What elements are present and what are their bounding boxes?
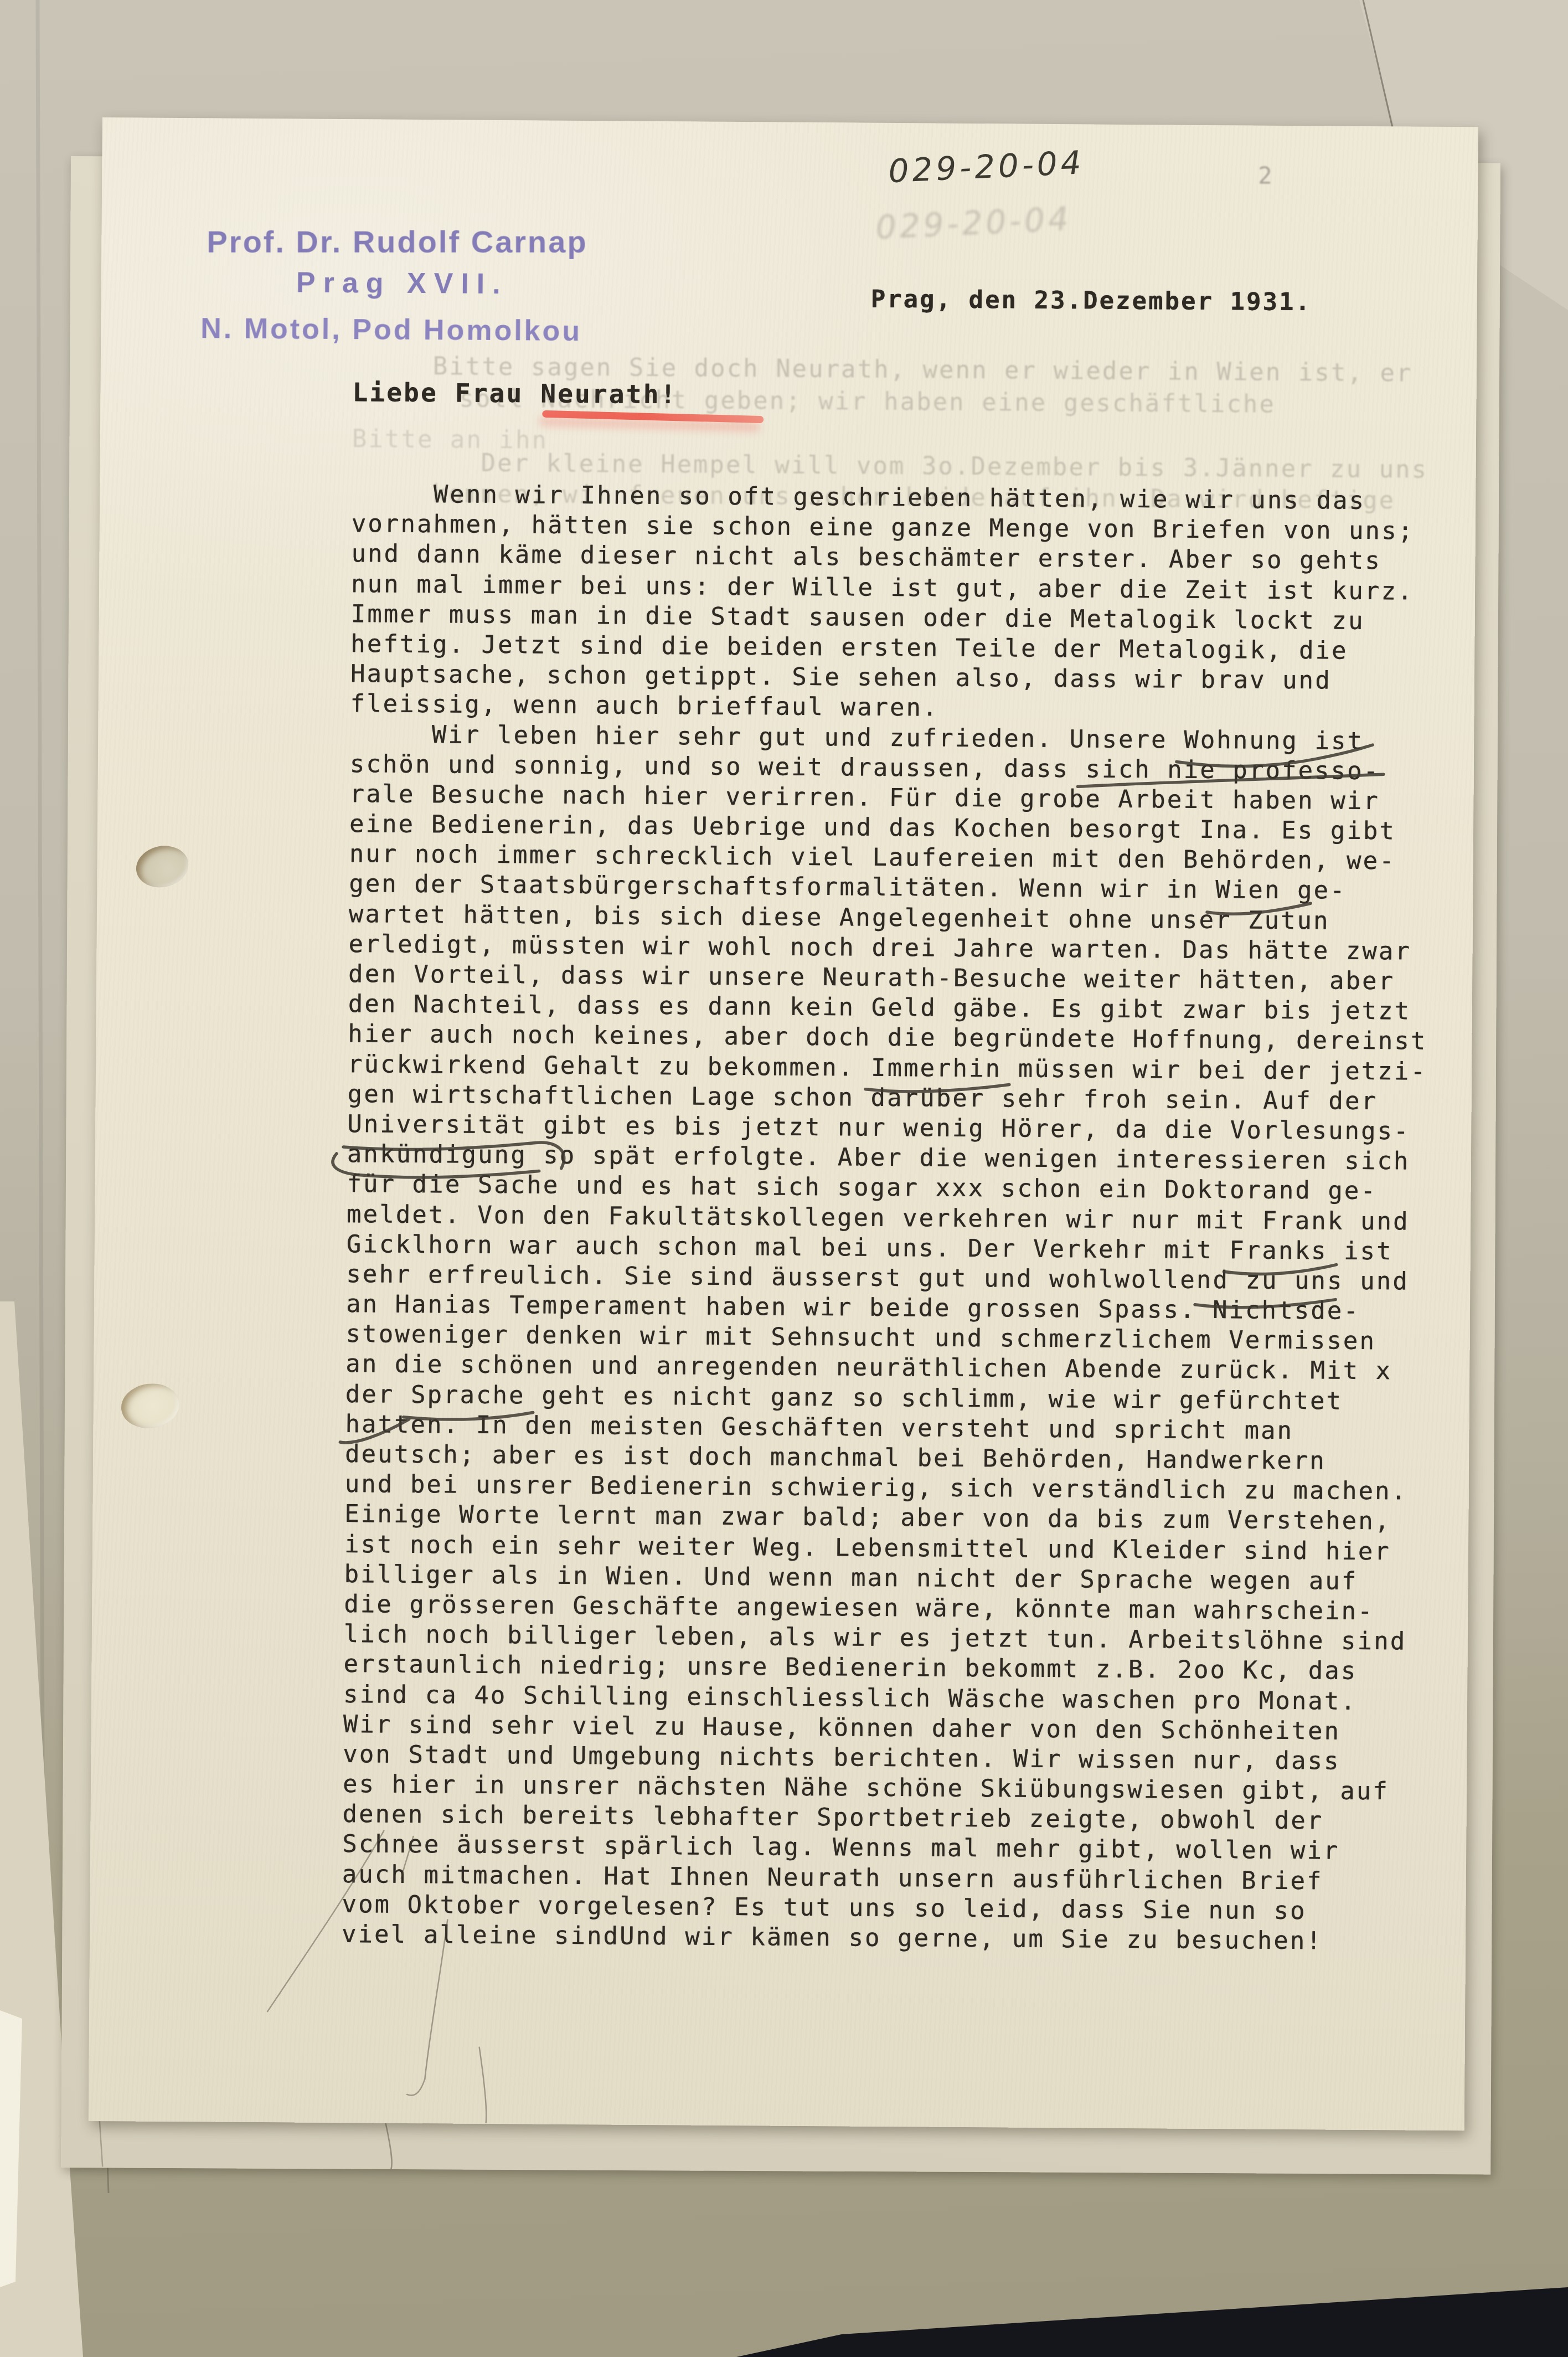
pen-underline-zu-uns — [1195, 1299, 1335, 1308]
pen-underline-wohnung — [1177, 744, 1373, 768]
pen-annotations — [89, 117, 1478, 2130]
table-dark-edge — [736, 2287, 1568, 2357]
pen-underline-wien — [1207, 903, 1311, 914]
pen-underline-immerhin — [865, 1084, 1009, 1092]
paper-crack — [407, 2079, 425, 2096]
pen-underline-universitaet — [343, 1141, 564, 1169]
pen-underline-sprache — [404, 1412, 533, 1420]
paper-crack — [267, 1830, 384, 2012]
photo-of-typewritten-letter: Prof. Dr. Rudolf Carnap Prag XVII. N. Mo… — [0, 0, 1568, 2357]
pen-underline-ankuendigung — [333, 1154, 539, 1179]
paper-crack — [425, 1919, 447, 2079]
pen-strike-sich-nie-professo — [1078, 772, 1384, 789]
paper-crack — [401, 1836, 414, 1879]
pen-underline-franks — [1224, 1264, 1336, 1274]
letter-page: Prof. Dr. Rudolf Carnap Prag XVII. N. Mo… — [89, 117, 1478, 2130]
pen-underline-sprache-tail — [340, 1419, 409, 1443]
paper-crack — [385, 2121, 392, 2169]
paper-crack — [479, 2047, 487, 2123]
